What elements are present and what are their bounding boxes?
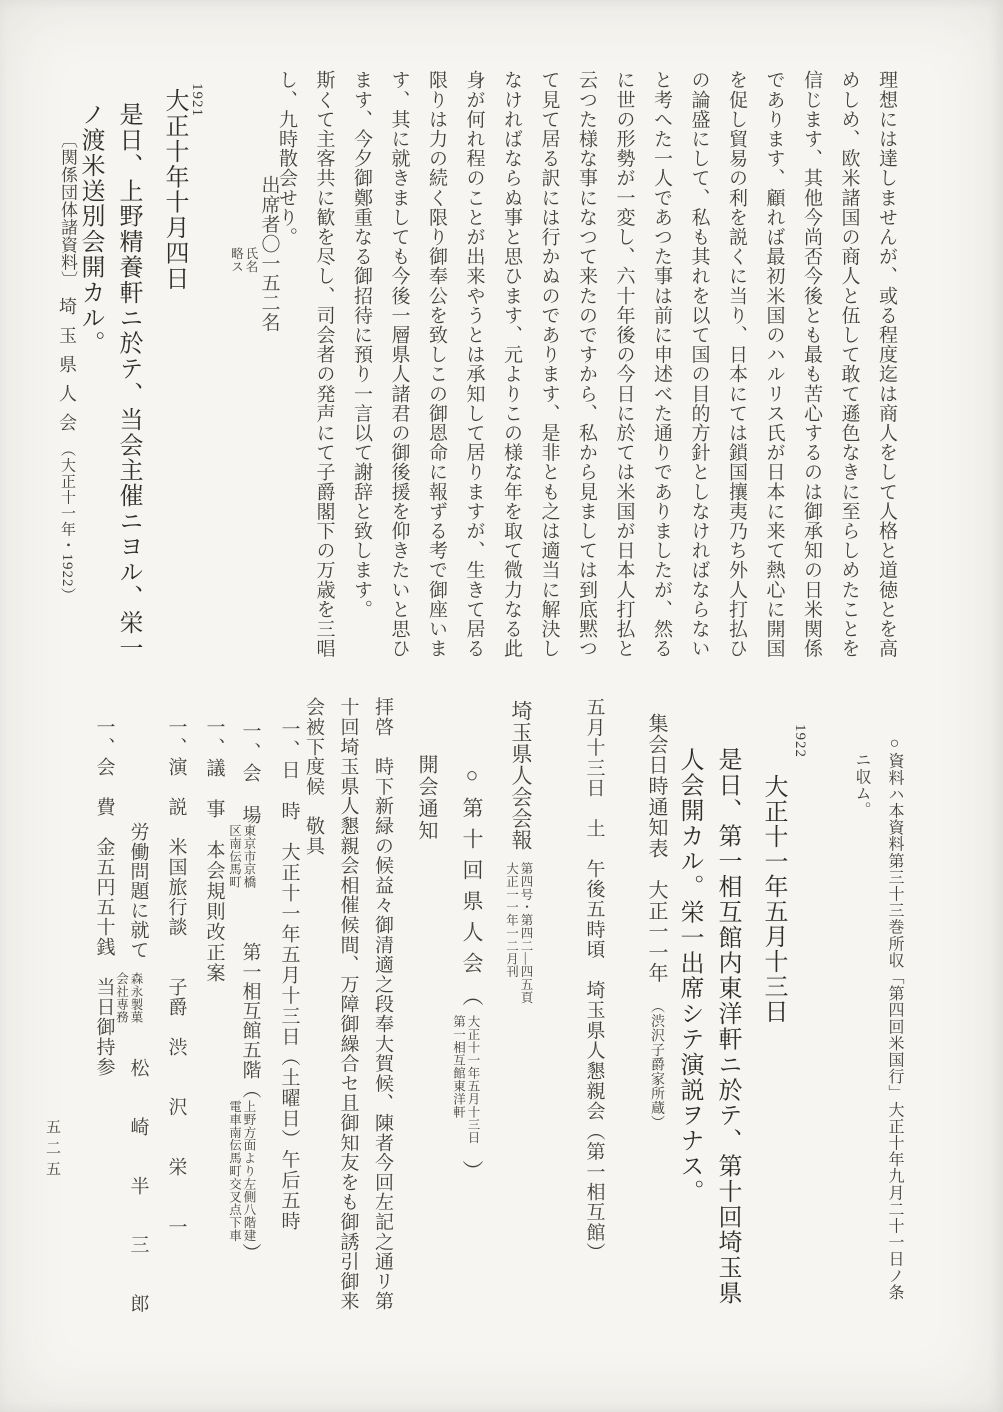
notice-table-entry: 五月十三日 土 午後五時頃 埼玉県人懇親会（第一相互館） [575, 697, 613, 1263]
bulletin-title: 埼玉県人会会報 [506, 700, 536, 851]
notice-heading: 開会通知 [412, 754, 441, 842]
date-taisho11: 大正十一年五月十三日 [754, 774, 792, 1024]
notice-table-heading: 集会日時通知表 大正一一年（渋沢子爵家所蔵） [624, 697, 689, 1130]
agenda-fee: 一、会 費 金五円五十銭 当日御持参 [85, 717, 123, 1077]
year-marker-1922: 1922 [791, 724, 808, 758]
agenda-speech-2-speaker: 松 崎 半 三 郎 [119, 1058, 157, 1313]
agenda-datetime: 一、日 時 大正十一年五月十三日（土曜日）午后五時 [270, 719, 308, 1232]
bulletin-meeting-paren-close: ） [457, 1160, 487, 1181]
notice-table-title: 集会日時通知表 大正一一年 [645, 713, 667, 983]
agenda-venue-close-paren: ） [231, 1243, 269, 1263]
speech-text: 理想には達しませんが、或る程度迄は商人をして人格と道徳とを高 めしめ、欧米諸国の… [268, 70, 906, 658]
date-taisho10: 大正十年十月四日 [155, 88, 193, 291]
bulletin-meeting-heading: ○第十回県人会 [457, 763, 487, 983]
source-bracket-label: 〔関係団体諸資料〕 [58, 131, 77, 289]
notice-body: 拝啓 時下新緑の候益々御清適之段奉大賀候、陳者今回左記之通リ第 十回埼玉県人懇親… [296, 697, 400, 1311]
source-date: （大正十一年・1922） [59, 442, 75, 604]
source-organization: 埼玉県人会 [57, 297, 77, 442]
archive-note: ○資料ハ本資料第三十三巻所収「第四回米国行」大正十年九月二十一日ノ条 ニ収ム。 [845, 735, 911, 1300]
agenda-venue-label: 一、会 場 [231, 721, 269, 826]
agenda-speech-2-title: 労働問題に就て [119, 822, 157, 959]
source-line: 〔関係団体諸資料〕埼玉県人会（大正十一年・1922） [36, 115, 98, 604]
attendee-note: 氏名 略ス [229, 247, 258, 273]
page-number: 五二五 [42, 1119, 63, 1182]
bulletin-meeting-detail: 大正十一年五月十三日 第一相互館東洋軒 [451, 1015, 480, 1144]
agenda-venue-name: 第一相互館五階（ [231, 942, 269, 1099]
agenda-proceedings: 一、議 事 本会規則改正案 [195, 717, 233, 984]
scanned-document-page: 理想には達しませんが、或る程度迄は商人をして人格と道徳とを高 めしめ、欧米諸国の… [0, 0, 1003, 1412]
agenda-venue-note: 上野方面より左側八階建 電車南伝馬町交叉点下車 [227, 1100, 256, 1242]
notice-table-source: （渋沢子爵家所蔵） [649, 999, 664, 1130]
bulletin-meeting-paren-open: （ [457, 985, 487, 1006]
bulletin-issue-note: 第四号・第四二―四五頁 大正一一年一二月刊 [504, 862, 533, 1004]
agenda-speech-1: 一、演 説 米国旅行談 子爵 渋 沢 栄 一 [157, 717, 195, 1237]
